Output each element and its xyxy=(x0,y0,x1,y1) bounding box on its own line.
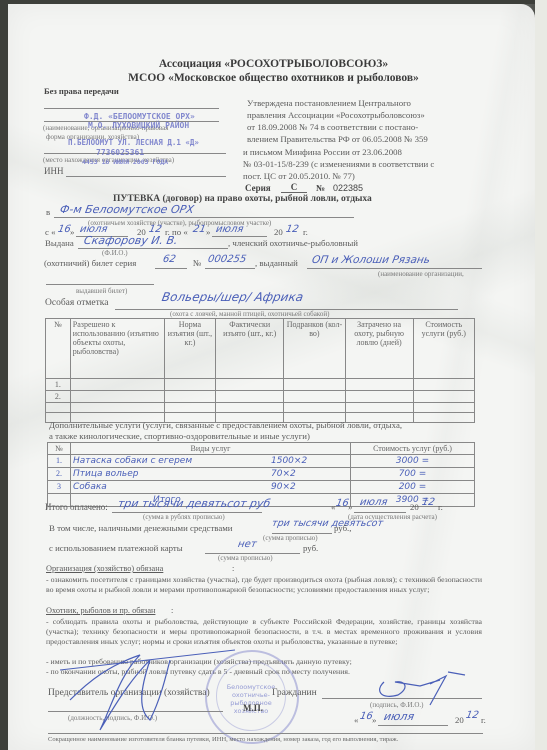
signature-strokes xyxy=(0,0,547,750)
citizen-signature xyxy=(380,672,465,705)
footer-line xyxy=(48,733,483,734)
rep-signature xyxy=(70,655,170,730)
footer-note: Сокращенное наименование изготовителя бл… xyxy=(48,736,398,743)
